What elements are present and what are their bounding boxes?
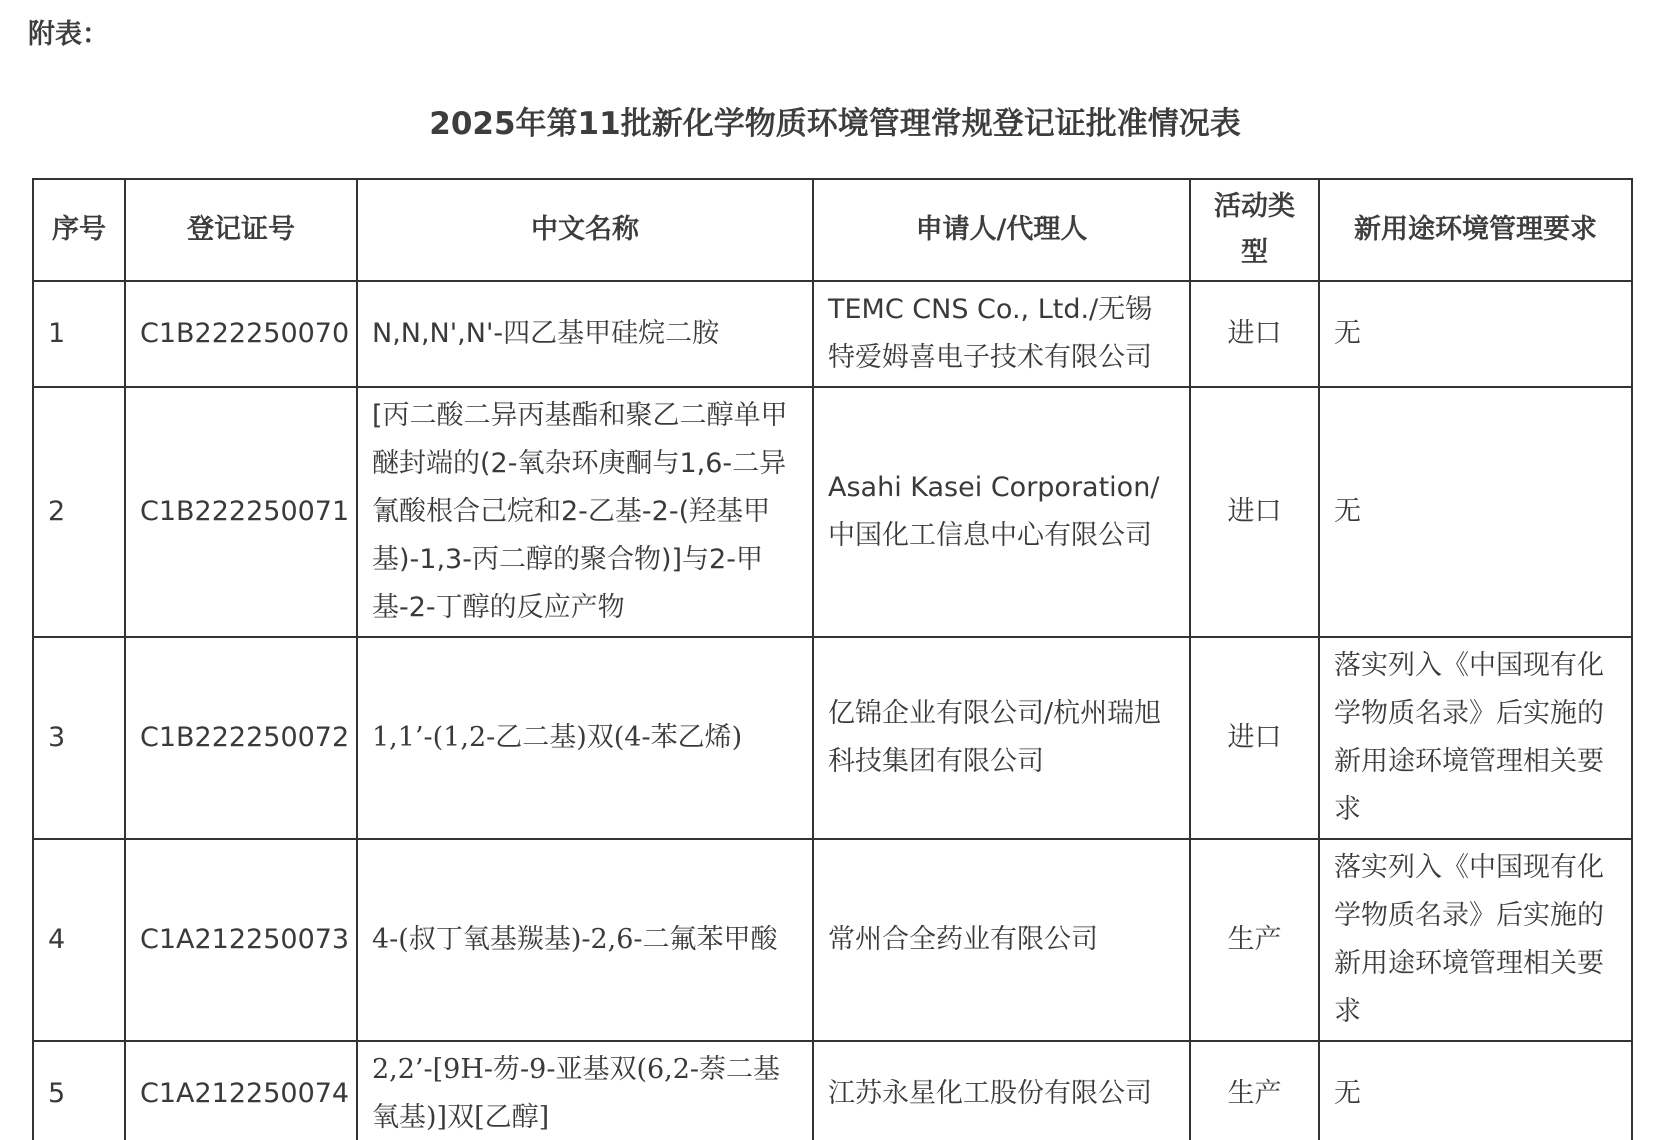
header-seq: 序号 bbox=[33, 179, 125, 281]
approval-table: 序号 登记证号 中文名称 申请人/代理人 活动类型 新用途环境管理要求 1 C1… bbox=[32, 178, 1633, 1140]
header-applicant: 申请人/代理人 bbox=[813, 179, 1190, 281]
cell-seq: 4 bbox=[33, 839, 125, 1041]
table-row: 1 C1B222250070 N,N,N',N'-四乙基甲硅烷二胺 TEMC C… bbox=[33, 281, 1632, 387]
cell-activity: 生产 bbox=[1190, 1041, 1319, 1140]
cell-reg-no: C1B222250070 bbox=[125, 281, 357, 387]
cell-applicant: 亿锦企业有限公司/杭州瑞旭科技集团有限公司 bbox=[813, 637, 1190, 839]
header-activity: 活动类型 bbox=[1190, 179, 1319, 281]
cell-applicant: 江苏永星化工股份有限公司 bbox=[813, 1041, 1190, 1140]
cell-reg-no: C1A212250074 bbox=[125, 1041, 357, 1140]
cell-requirement: 无 bbox=[1319, 281, 1632, 387]
header-reg-no: 登记证号 bbox=[125, 179, 357, 281]
cell-cn-name: N,N,N',N'-四乙基甲硅烷二胺 bbox=[357, 281, 813, 387]
cell-requirement: 无 bbox=[1319, 387, 1632, 637]
cell-cn-name: 2,2’-[9H-芴-9-亚基双(6,2-萘二基氧基)]双[乙醇] bbox=[357, 1041, 813, 1140]
cell-reg-no: C1B222250071 bbox=[125, 387, 357, 637]
cell-seq: 1 bbox=[33, 281, 125, 387]
header-requirement: 新用途环境管理要求 bbox=[1319, 179, 1632, 281]
cell-reg-no: C1B222250072 bbox=[125, 637, 357, 839]
cell-cn-name: 4-(叔丁氧基羰基)-2,6-二氟苯甲酸 bbox=[357, 839, 813, 1041]
cell-reg-no: C1A212250073 bbox=[125, 839, 357, 1041]
cell-seq: 5 bbox=[33, 1041, 125, 1140]
cell-cn-name: [丙二酸二异丙基酯和聚乙二醇单甲醚封端的(2-氧杂环庚酮与1,6-二异氰酸根合己… bbox=[357, 387, 813, 637]
cell-activity: 进口 bbox=[1190, 387, 1319, 637]
table-row: 4 C1A212250073 4-(叔丁氧基羰基)-2,6-二氟苯甲酸 常州合全… bbox=[33, 839, 1632, 1041]
cell-requirement: 落实列入《中国现有化学物质名录》后实施的新用途环境管理相关要求 bbox=[1319, 637, 1632, 839]
cell-activity: 进口 bbox=[1190, 281, 1319, 387]
cell-activity: 生产 bbox=[1190, 839, 1319, 1041]
cell-requirement: 落实列入《中国现有化学物质名录》后实施的新用途环境管理相关要求 bbox=[1319, 839, 1632, 1041]
cell-cn-name: 1,1’-(1,2-乙二基)双(4-苯乙烯) bbox=[357, 637, 813, 839]
cell-applicant: Asahi Kasei Corporation/中国化工信息中心有限公司 bbox=[813, 387, 1190, 637]
annex-label: 附表： bbox=[28, 12, 109, 51]
cell-applicant: TEMC CNS Co., Ltd./无锡特爱姆喜电子技术有限公司 bbox=[813, 281, 1190, 387]
header-cn-name: 中文名称 bbox=[357, 179, 813, 281]
cell-seq: 3 bbox=[33, 637, 125, 839]
table-row: 3 C1B222250072 1,1’-(1,2-乙二基)双(4-苯乙烯) 亿锦… bbox=[33, 637, 1632, 839]
table-header-row: 序号 登记证号 中文名称 申请人/代理人 活动类型 新用途环境管理要求 bbox=[33, 179, 1632, 281]
cell-requirement: 无 bbox=[1319, 1041, 1632, 1140]
cell-seq: 2 bbox=[33, 387, 125, 637]
table-row: 2 C1B222250071 [丙二酸二异丙基酯和聚乙二醇单甲醚封端的(2-氧杂… bbox=[33, 387, 1632, 637]
table-row: 5 C1A212250074 2,2’-[9H-芴-9-亚基双(6,2-萘二基氧… bbox=[33, 1041, 1632, 1140]
cell-applicant: 常州合全药业有限公司 bbox=[813, 839, 1190, 1041]
cell-activity: 进口 bbox=[1190, 637, 1319, 839]
page-title: 2025年第11批新化学物质环境管理常规登记证批准情况表 bbox=[0, 98, 1670, 143]
